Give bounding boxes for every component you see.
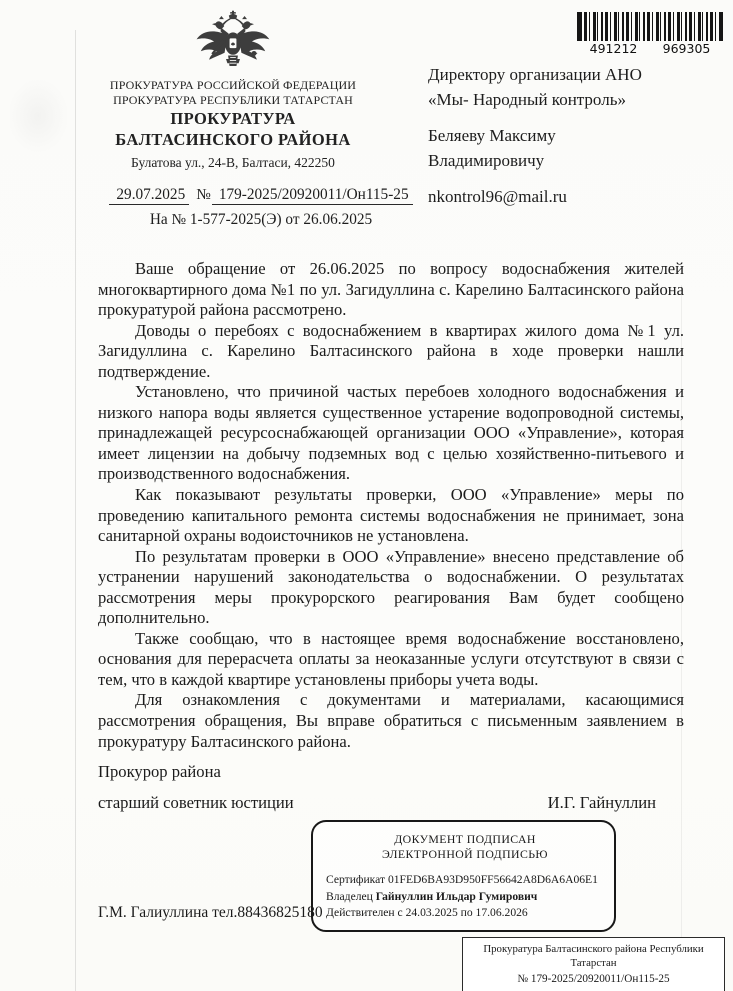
barcode-digits-right: 969305 bbox=[663, 41, 711, 56]
registration-stamp: Прокуратура Балтасинского района Республ… bbox=[462, 937, 725, 991]
paragraph-7: Для ознакомления с документами и материа… bbox=[98, 690, 684, 752]
validity-period: Действителен с 24.03.2025 по 17.06.2026 bbox=[326, 905, 604, 922]
barcode: 491212 969305 bbox=[577, 12, 723, 56]
paragraph-1: Ваше обращение от 26.06.2025 по вопросу … bbox=[98, 259, 684, 321]
reply-reference-line: На № 1-577-2025(Э) от 26.06.2025 bbox=[95, 211, 427, 229]
registration-org: Прокуратура Балтасинского района Республ… bbox=[471, 943, 716, 970]
russia-coat-of-arms-icon bbox=[191, 10, 275, 73]
paragraph-2: Доводы о перебоях с водоснабжением в ква… bbox=[98, 321, 684, 383]
paragraph-5: По результатам проверки в ООО «Управлени… bbox=[98, 547, 684, 629]
stamp-title-line1: ДОКУМЕНТ ПОДПИСАН bbox=[326, 832, 604, 847]
addressee-org-line2: «Мы- Народный контроль» bbox=[428, 87, 642, 112]
barcode-bars bbox=[577, 12, 723, 41]
certificate-value: 01FED6BA93D950FF56642A8D6A6A06E1 bbox=[388, 873, 598, 886]
signer-rank: старший советник юстиции bbox=[98, 793, 294, 813]
letterhead-address: Булатова ул., 24-В, Балтаси, 422250 bbox=[84, 155, 382, 171]
addressee-name-line1: Беляеву Максиму bbox=[428, 123, 642, 148]
letterhead-org-name-line1: ПРОКУРАТУРА bbox=[84, 109, 382, 129]
letterhead-republic-line: ПРОКУРАТУРА РЕСПУБЛИКИ ТАТАРСТАН bbox=[84, 93, 382, 108]
signature-block: Прокурор района старший советник юстиции… bbox=[98, 762, 656, 813]
spacer bbox=[428, 112, 642, 123]
addressee-email: nkontrol96@mail.ru bbox=[428, 184, 642, 209]
addressee-block: Директору организации АНО «Мы- Народный … bbox=[428, 62, 642, 209]
digital-signature-stamp: ДОКУМЕНТ ПОДПИСАН ЭЛЕКТРОННОЙ ПОДПИСЬЮ С… bbox=[311, 820, 616, 932]
letter-number: 179-2025/20920011/Он115-25 bbox=[212, 186, 413, 205]
number-sign: № bbox=[196, 186, 211, 203]
paragraph-6: Также сообщаю, что в настоящее время вод… bbox=[98, 629, 684, 691]
scanned-letter-page: ПРОКУРАТУРА РОССИЙСКОЙ ФЕДЕРАЦИИ ПРОКУРА… bbox=[0, 0, 733, 991]
paragraph-4: Как показывают результаты проверки, ООО … bbox=[98, 485, 684, 547]
letter-date: 29.07.2025 bbox=[109, 186, 189, 205]
registration-number: № 179-2025/20920011/Он115-25 bbox=[471, 973, 716, 987]
letterhead: ПРОКУРАТУРА РОССИЙСКОЙ ФЕДЕРАЦИИ ПРОКУРА… bbox=[84, 10, 382, 171]
outgoing-reference-line: 29.07.2025№179-2025/20920011/Он115-25 bbox=[95, 186, 427, 204]
spacer bbox=[428, 173, 642, 184]
owner-label: Владелец bbox=[326, 890, 373, 903]
barcode-digits-left: 491212 bbox=[590, 41, 638, 56]
scan-smudge bbox=[10, 80, 80, 200]
addressee-name-line2: Владимировичу bbox=[428, 148, 642, 173]
signer-name: И.Г. Гайнуллин bbox=[548, 793, 656, 813]
letterhead-org-name-line2: БАЛТАСИНСКОГО РАЙОНА bbox=[84, 130, 382, 150]
letterhead-federation-line: ПРОКУРАТУРА РОССИЙСКОЙ ФЕДЕРАЦИИ bbox=[84, 78, 382, 93]
signer-position: Прокурор района bbox=[98, 762, 656, 782]
owner-name: Гайнуллин Ильдар Гумирович bbox=[376, 890, 538, 903]
paragraph-3: Установлено, что причиной частых перебое… bbox=[98, 382, 684, 485]
barcode-digits: 491212 969305 bbox=[577, 41, 723, 56]
certificate-label: Сертификат bbox=[326, 873, 385, 886]
letter-body: Ваше обращение от 26.06.2025 по вопросу … bbox=[98, 259, 684, 752]
addressee-org-line1: Директору организации АНО bbox=[428, 62, 642, 87]
reference-block: 29.07.2025№179-2025/20920011/Он115-25 На… bbox=[95, 186, 427, 229]
executor-contact: Г.М. Галиуллина тел.88436825180 bbox=[98, 904, 323, 922]
stamp-title-line2: ЭЛЕКТРОННОЙ ПОДПИСЬЮ bbox=[326, 847, 604, 862]
